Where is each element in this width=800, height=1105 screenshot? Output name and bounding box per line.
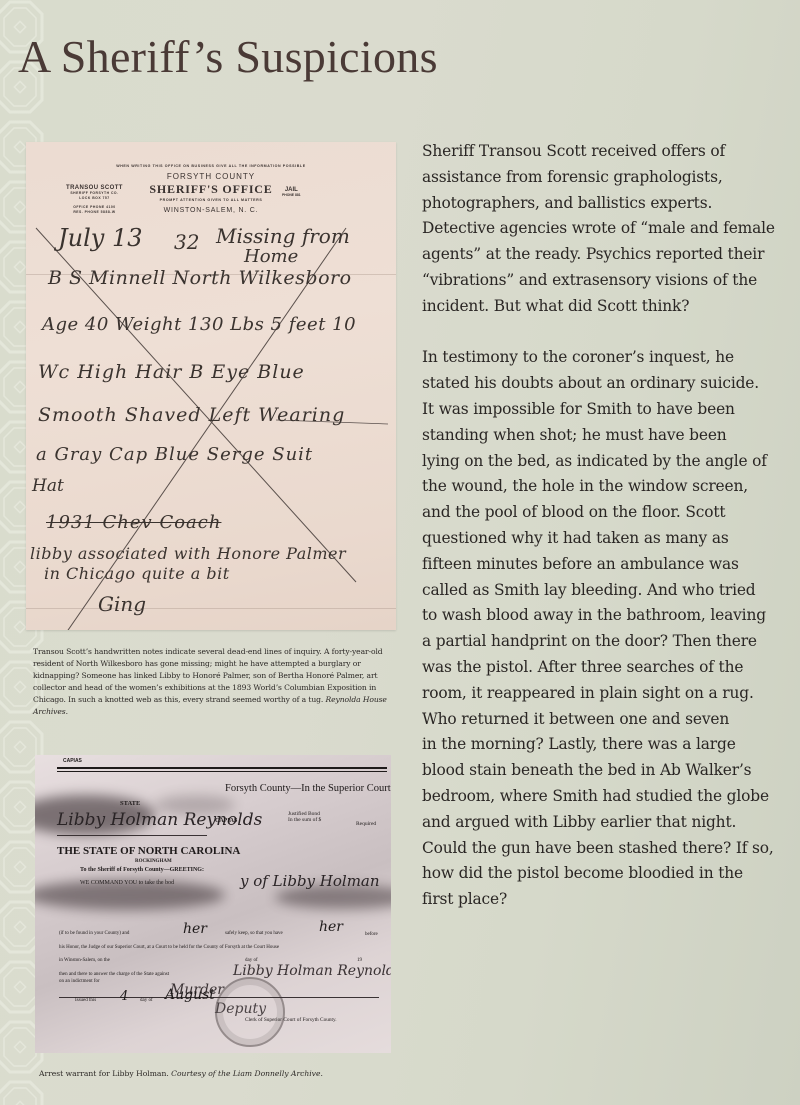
warrant-answer: then and there to answer the charge of t… [59, 972, 169, 977]
warrant-indictment: on an indictment for [59, 979, 100, 984]
paragraph-1: Sheriff Transou Scott received offers of… [422, 139, 794, 320]
warrant-issued-day-handwriting: 4 [120, 989, 128, 1004]
warrant-capias-header: CAPIAS [63, 758, 82, 764]
handwriting-hat: Hat [32, 476, 64, 496]
letter-caption: Transou Scott’s handwritten notes indica… [33, 646, 395, 718]
warrant-capias-label: CAPIAS [215, 818, 237, 824]
warrant-clerk: Clerk of Superior Court of Forsyth Count… [245, 1017, 337, 1023]
warrant-state-label: STATE [120, 800, 140, 807]
handwriting-hair-eyes: Wc High Hair B Eye Blue [38, 361, 305, 383]
warrant-rule [57, 767, 387, 769]
warrant-bond: Justified Bond In the sum of $ [288, 811, 321, 823]
sheriff-notes-letter-image: WHEN WRITING THIS OFFICE ON BUSINESS GIV… [26, 142, 396, 630]
warrant-required: Required [356, 821, 376, 827]
handwriting-age-weight: Age 40 Weight 130 Lbs 5 feet 10 [42, 314, 356, 335]
main-body-text: Sheriff Transou Scott received offers of… [422, 139, 794, 939]
form-line [57, 835, 207, 836]
warrant-answer-handwriting: Libby Holman Reynolds [233, 963, 391, 979]
warrant-caption: Arrest warrant for Libby Holman. Courtes… [39, 1068, 399, 1080]
warrant-state-heading: THE STATE OF NORTH CAROLINA [57, 845, 240, 857]
warrant-her-2: her [319, 919, 343, 935]
handwriting-chicago: in Chicago quite a bit [44, 564, 230, 583]
handwriting-year: 32 [174, 230, 199, 254]
handwriting-date: July 13 [58, 224, 142, 252]
handwriting-palmer: libby associated with Honore Palmer [30, 544, 346, 563]
handwriting-home: Home [244, 246, 298, 267]
warrant-issued: Issued this [75, 998, 96, 1003]
warrant-command: WE COMMAND YOU to take the bod [80, 880, 174, 886]
warrant-before: before [365, 932, 378, 937]
warrant-safely: safely keep, so that you have [225, 931, 283, 936]
warrant-rule [57, 771, 387, 772]
warrant-greeting: To the Sheriff of Forsyth County—GREETIN… [80, 867, 204, 873]
handwriting-shaved: Smooth Shaved Left Wearing [38, 404, 345, 426]
warrant-her-1: her [183, 921, 207, 937]
handwriting-missing: Missing from [216, 224, 350, 248]
handwriting-signoff: Ging [98, 592, 146, 616]
page-title: A Sheriff’s Suspicions [18, 34, 438, 80]
warrant-court: Forsyth County—In the Superior Court [225, 783, 391, 794]
warrant-winston: in Winston-Salem, on the [59, 958, 110, 963]
warrant-caption-credit: Courtesy of the Liam Donnelly Archive. [171, 1069, 323, 1078]
handwriting-clothing: a Gray Cap Blue Serge Suit [36, 444, 313, 465]
warrant-rockingham: ROCKINGHAM [135, 859, 172, 864]
warrant-caption-text: Arrest warrant for Libby Holman. [39, 1069, 171, 1078]
warrant-command-handwriting: y of Libby Holman [240, 872, 380, 890]
warrant-honor: his Honor, the Judge of our Superior Cou… [59, 945, 279, 950]
handwriting-name: B S Minnell North Wilkesboro [48, 267, 352, 289]
warrant-issued-month-handwriting: August [165, 987, 215, 1003]
handwriting-struck-car: 1931 Chev Coach [46, 512, 221, 533]
arrest-warrant-image: CAPIAS Forsyth County—In the Superior Co… [35, 755, 391, 1053]
warrant-issued-dayof: day of [140, 998, 153, 1003]
warrant-found: (if to be found in your County) and [59, 931, 129, 936]
paragraph-2: In testimony to the coroner’s inquest, h… [422, 345, 794, 913]
warrant-clerk-signature: Deputy [215, 1001, 266, 1017]
